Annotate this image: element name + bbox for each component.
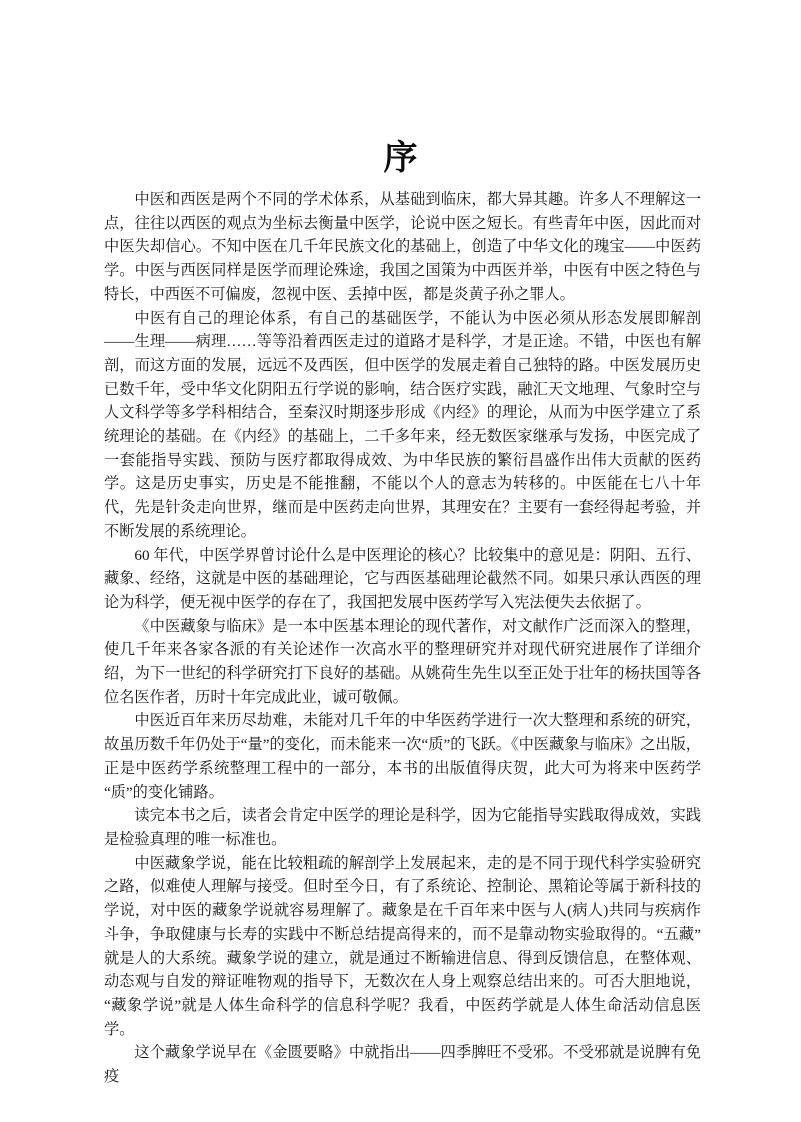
paragraph: 中医近百年来历尽劫难，未能对几千年的中华医药学进行一次大整理和系统的研究，故虽历… — [104, 709, 701, 804]
book-page: 序 中医和西医是两个不同的学术体系，从基础到临床，都大异其趣。许多人不理解这一点… — [0, 0, 801, 1122]
paragraph: 读完本书之后，读者会肯定中医学的理论是科学，因为它能指导实践取得成效，实践是检验… — [104, 804, 701, 851]
paragraph: 《中医藏象与临床》是一本中医基本理论的现代著作，对文献作广泛而深入的整理，使几千… — [104, 615, 701, 710]
preface-body: 中医和西医是两个不同的学术体系，从基础到临床，都大异其趣。许多人不理解这一点，往… — [104, 188, 701, 1089]
page-title: 序 — [103, 130, 700, 179]
paragraph: 中医有自己的理论体系，有自己的基础医学，不能认为中医必须从形态发展即解剖——生理… — [104, 307, 701, 544]
paragraph: 60 年代，中医学界曾讨论什么是中医理论的核心？比较集中的意见是：阴阳、五行、藏… — [104, 544, 701, 615]
paragraph: 中医藏象学说，能在比较粗疏的解剖学上发展起来，走的是不同于现代科学实验研究之路，… — [104, 852, 701, 1042]
paragraph: 这个藏象学说早在《金匮要略》中就指出——四季脾旺不受邪。不受邪就是说脾有免疫 — [104, 1041, 701, 1088]
paragraph: 中医和西医是两个不同的学术体系，从基础到临床，都大异其趣。许多人不理解这一点，往… — [104, 188, 701, 307]
